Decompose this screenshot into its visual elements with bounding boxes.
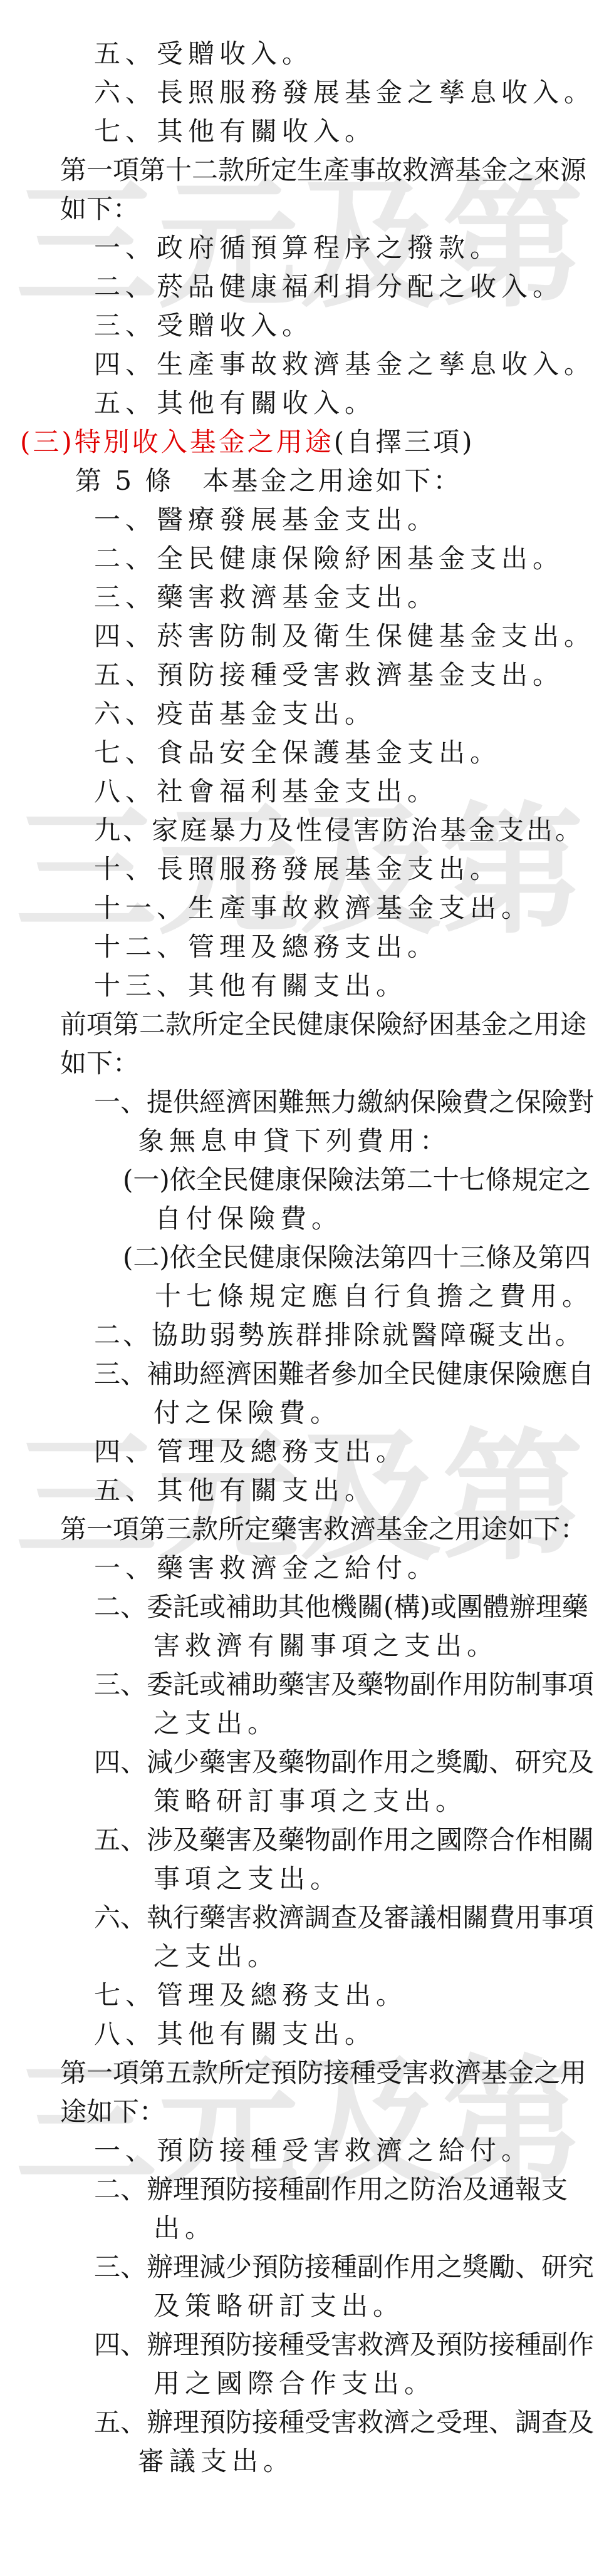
- text-line: 一、藥害救濟金之給付。: [94, 1553, 439, 1583]
- text-line: 六、執行藥害救濟調查及審議相關費用事項: [94, 1903, 594, 1933]
- text-line: 十三、其他有關支出。: [94, 971, 407, 1001]
- text-line: 一、政府循預算程序之撥款。: [94, 233, 501, 263]
- section-heading: (三)特別收入基金之用途(自擇三項): [20, 427, 475, 457]
- text-line: 二、委託或補助其他機關(構)或團體辦理藥: [94, 1592, 588, 1622]
- text-line: 八、社會福利基金支出。: [94, 777, 439, 807]
- text-line: 八、其他有關支出。: [94, 2019, 376, 2049]
- text-line: 一、提供經濟困難無力繳納保險費之保險對: [94, 1087, 594, 1117]
- text-line: 策略研訂事項之支出。: [153, 1786, 467, 1816]
- text-line: 三、受贈收入。: [94, 311, 313, 341]
- text-line: 五、涉及藥害及藥物副作用之國際合作相關: [94, 1825, 594, 1855]
- text-line: 途如下：: [60, 2097, 165, 2127]
- text-line: 六、疫苗基金支出。: [94, 699, 376, 729]
- text-line: 四、管理及總務支出。: [94, 1437, 407, 1467]
- text-line: 害救濟有關事項之支出。: [153, 1631, 498, 1661]
- text-line: 五、預防接種受害救濟基金支出。: [94, 660, 564, 690]
- text-line: 十、長照服務發展基金支出。: [94, 854, 501, 884]
- text-line: 九、家庭暴力及性侵害防治基金支出。: [94, 815, 584, 846]
- text-line: 第一項第三款所定藥害救濟基金之用途如下：: [60, 1514, 586, 1544]
- text-line: 四、減少藥害及藥物副作用之獎勵、研究及: [94, 1747, 594, 1777]
- text-line: 三、藥害救濟基金支出。: [94, 582, 439, 613]
- text-line: 付之保險費。: [153, 1398, 341, 1428]
- text-line: (二)依全民健康保險法第四十三條及第四: [123, 1243, 591, 1273]
- text-line: 三、補助經濟困難者參加全民健康保險應自: [94, 1359, 594, 1389]
- text-line: 三、辦理減少預防接種副作用之獎勵、研究: [94, 2252, 594, 2282]
- text-line: 三、委託或補助藥害及藥物副作用防制事項: [94, 1670, 594, 1700]
- text-line: 十一、生產事故救濟基金支出。: [94, 893, 533, 923]
- text-line: (一)依全民健康保險法第二十七條規定之: [123, 1165, 591, 1195]
- text-line: 二、全民健康保險紓困基金支出。: [94, 544, 564, 574]
- text-line: 五、其他有關收入。: [94, 388, 376, 418]
- text-line: 十七條規定應自行負擔之費用。: [155, 1281, 593, 1311]
- text-line: 四、辦理預防接種受害救濟及預防接種副作: [94, 2330, 594, 2360]
- text-line: 五、受贈收入。: [94, 39, 313, 69]
- text-line: 用之國際合作支出。: [153, 2369, 435, 2399]
- text-line: 出。: [153, 2213, 216, 2243]
- text-line: 四、菸害防制及衛生保健基金支出。: [94, 621, 595, 651]
- text-line: 二、協助弱勢族群排除就醫障礙支出。: [94, 1320, 584, 1350]
- text-line: 五、其他有關支出。: [94, 1476, 376, 1506]
- text-line: 十二、管理及總務支出。: [94, 932, 439, 962]
- text-line: 五、辦理預防接種受害救濟之受理、調查及: [94, 2408, 594, 2438]
- text-line: 七、其他有關收入。: [94, 116, 376, 147]
- text-line: 二、菸品健康福利捐分配之收入。: [94, 272, 564, 302]
- text-line: 如下：: [60, 194, 139, 224]
- text-line: 如下：: [60, 1048, 139, 1079]
- text-line: 一、預防接種受害救濟之給付。: [94, 2136, 533, 2166]
- text-line: 七、食品安全保護基金支出。: [94, 738, 501, 768]
- document-page: 三元及第三元及第三元及第三元及第 五、受贈收入。六、長照服務發展基金之孳息收入。…: [0, 0, 614, 2576]
- text-line: 二、辦理預防接種副作用之防治及通報支: [94, 2175, 568, 2205]
- heading-red-text: (三)特別收入基金之用途: [20, 427, 334, 457]
- text-line: 之支出。: [153, 1942, 279, 1972]
- text-line: 前項第二款所定全民健康保險紓困基金之用途: [60, 1010, 586, 1040]
- text-line: 六、長照服務發展基金之孳息收入。: [94, 78, 595, 108]
- text-line: 第 5 條 本基金之用途如下：: [75, 466, 462, 496]
- text-line: 四、生產事故救濟基金之孳息收入。: [94, 349, 595, 380]
- text-line: 第一項第十二款所定生產事故救濟基金之來源: [60, 155, 586, 185]
- text-line: 自付保險費。: [155, 1204, 343, 1234]
- text-line: 第一項第五款所定預防接種受害救濟基金之用: [60, 2058, 586, 2088]
- text-line: 及策略研訂支出。: [153, 2291, 404, 2321]
- heading-black-text: (自擇三項): [334, 427, 475, 457]
- text-line: 之支出。: [153, 1709, 279, 1739]
- document-text-layer: 五、受贈收入。六、長照服務發展基金之孳息收入。七、其他有關收入。第一項第十二款所…: [0, 0, 614, 2576]
- text-line: 象無息申貸下列費用：: [138, 1126, 451, 1156]
- text-line: 一、醫療發展基金支出。: [94, 505, 439, 535]
- text-line: 七、管理及總務支出。: [94, 1980, 407, 2010]
- text-line: 事項之支出。: [153, 1864, 341, 1894]
- text-line: 審議支出。: [138, 2446, 294, 2476]
